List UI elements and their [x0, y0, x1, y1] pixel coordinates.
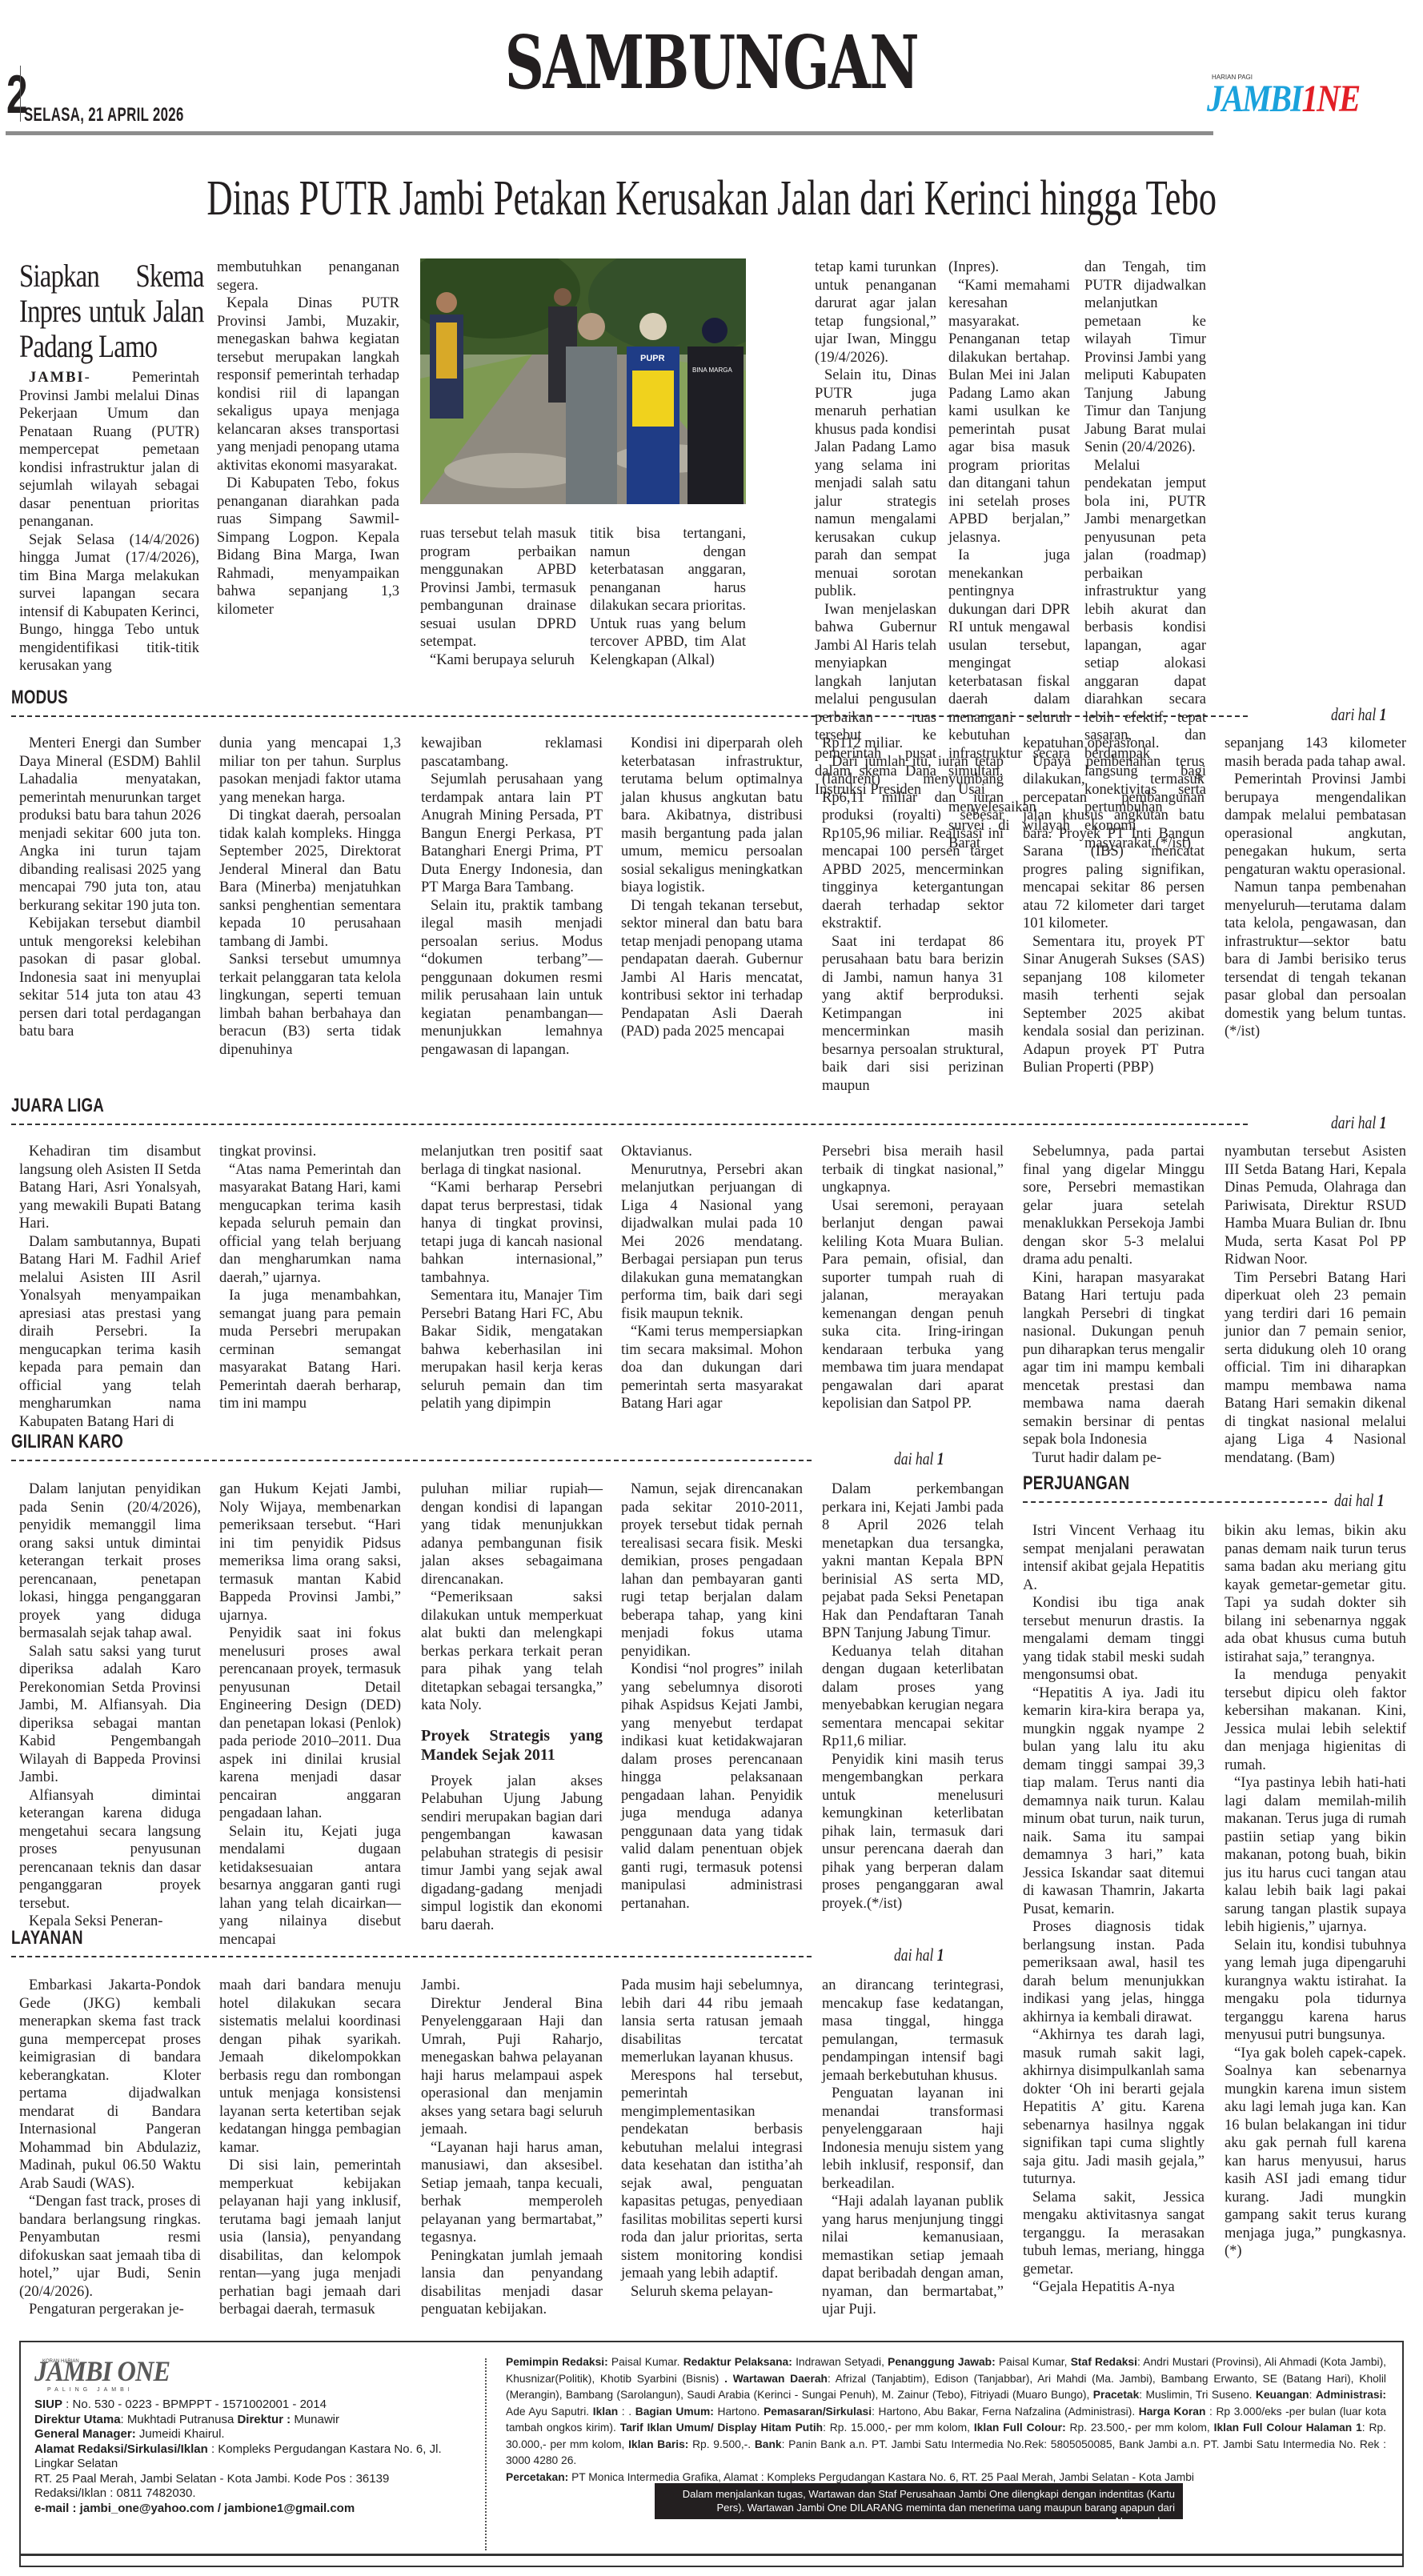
- layanan-col-5: an dirancang terintegrasi, mencakup fase…: [822, 1977, 1004, 2319]
- modus-col-1: Menteri Energi dan Sumber Daya Mineral (…: [19, 735, 201, 1041]
- layanan-col-3: Jambi.Direktur Jenderal Bina Penyelengga…: [421, 1977, 603, 2319]
- section-title-layanan: LAYANAN: [11, 1927, 83, 1949]
- karo-col-2: gan Hukum Kejati Jambi, Noly Wijaya, mem…: [219, 1480, 401, 1949]
- karo-col-3: puluhan miliar rupiah—dengan kondisi di …: [421, 1480, 603, 1934]
- lead-col-5: tetap kami turunkan untuk penanganan dar…: [815, 258, 936, 799]
- page-header: 2 SELASA, 21 APRIL 2026 SAMBUNGAN HARIAN…: [0, 0, 1423, 140]
- phone-line: Redaksi/Iklan : 0811 7482030.: [34, 2486, 451, 2502]
- layanan-col-4: Pada musim haji sebelumnya, lebih dari 4…: [621, 1977, 803, 2301]
- perjuangan-col-1: Istri Vincent Verhaag itu sempat menjala…: [1023, 1522, 1205, 2297]
- section-divider: [11, 1124, 1248, 1125]
- footer-logo: KORAN HARIAN JAMBI ONE PALING JAMBI: [34, 2354, 451, 2393]
- continued-from-label: dari hal 1: [1331, 1112, 1386, 1133]
- lead-col-3: ruas tersebut telah masuk program perbai…: [420, 525, 576, 669]
- press-notice: Dalam menjalankan tugas, Wartawan dan St…: [655, 2483, 1183, 2519]
- juara-col-4: Oktavianus.Menurutnya, Persebri akan mel…: [621, 1143, 803, 1413]
- section-title-modus: MODUS: [11, 687, 68, 709]
- continued-from-label: dai hal 1: [894, 1448, 944, 1469]
- karo-col-1: Dalam lanjutan penyidikan pada Senin (20…: [19, 1480, 201, 1931]
- subheading: Proyek Strategis yang Mandek Sejak 2011: [421, 1726, 603, 1765]
- layanan-col-2: maah dari bandara menuju hotel dilakukan…: [219, 1977, 401, 2319]
- section-divider: [11, 715, 1248, 717]
- section-divider: [11, 1956, 812, 1957]
- modus-col-3: kewajiban reklamasi pascatambang.Sejumla…: [421, 735, 603, 1059]
- road-survey-photo: PUPR BINA MARGA: [420, 258, 746, 504]
- karo-col-5: Dalam perkembangan perkara ini, Kejati J…: [822, 1480, 1004, 1913]
- gm-line: General Manager: Jumeidi Khairul.: [34, 2427, 451, 2442]
- lead-kicker: Siapkan Skema Inpres untuk Jalan Padang …: [19, 258, 204, 364]
- footer-rule: [19, 2554, 1404, 2556]
- logo-one-icon: 1: [1301, 78, 1317, 120]
- masthead-left: KORAN HARIAN JAMBI ONE PALING JAMBI SIUP…: [34, 2354, 451, 2516]
- modus-col-2: dunia yang mencapai 1,3 miliar ton per t…: [219, 735, 401, 1059]
- modus-col-5: Rp112 miliar.Dari jumlah itu, iuran teta…: [822, 735, 1004, 1095]
- lead-photo: PUPR BINA MARGA: [420, 258, 746, 504]
- layanan-col-1: Embarkasi Jakarta-Pondok Gede (JKG) kemb…: [19, 1977, 201, 2319]
- continued-from-label: dai hal 1: [894, 1945, 944, 1965]
- juara-col-2: tingkat provinsi.“Atas nama Pemerintah d…: [219, 1143, 401, 1413]
- lead-col-2: membutuhkan penanganan segera. Kepala Di…: [217, 258, 399, 619]
- address-line: Alamat Redaksi/Sirkulasi/Iklan : Komplek…: [34, 2442, 451, 2472]
- section-title-juara-liga: JUARA LIGA: [11, 1095, 104, 1117]
- section-divider: [11, 1460, 812, 1461]
- section-divider: [1023, 1501, 1327, 1503]
- juara-col-6: Sebelumnya, pada partai final yang digel…: [1023, 1143, 1205, 1467]
- masthead-right: Pemimpin Redaksi: Paisal Kumar. Redaktur…: [506, 2354, 1386, 2486]
- continued-from-label: dari hal 1: [1331, 704, 1386, 725]
- director-line: Direktur Utama: Mukhtadi Putranusa Direk…: [34, 2413, 451, 2428]
- juara-col-5: Persebri bisa meraih hasil terbaik di ti…: [822, 1143, 1004, 1413]
- lead-col-1: Siapkan Skema Inpres untuk Jalan Padang …: [19, 258, 199, 675]
- section-title-giliran-karo: GILIRAN KARO: [11, 1431, 123, 1453]
- juara-col-1: Kehadiran tim disambut langsung oleh Asi…: [19, 1143, 201, 1431]
- karo-col-4: Namun, sejak direncanakan pada sekitar 2…: [621, 1480, 803, 1913]
- address-line-2: RT. 25 Paal Merah, Jambi Selatan - Kota …: [34, 2472, 451, 2487]
- dateline: JAMBI: [29, 370, 85, 386]
- email-line: e-mail : jambi_one@yahoo.com / jambione1…: [34, 2502, 451, 2517]
- juara-col-7: nyambutan tersebut Asisten III Setda Bat…: [1225, 1143, 1406, 1467]
- section-title-perjuangan: PERJUANGAN: [1023, 1472, 1129, 1495]
- logo-wordmark: JAMBI1NE: [1207, 78, 1359, 120]
- header-rule: [6, 131, 1213, 135]
- juara-col-3: melanjutkan tren positif saat berlaga di…: [421, 1143, 603, 1413]
- svg-text:BINA MARGA: BINA MARGA: [692, 367, 732, 374]
- modus-col-6: kepatuhan operasional.Upaya pembenahan t…: [1023, 735, 1205, 1077]
- lead-col-4: titik bisa tertangani, namun dengan kete…: [590, 525, 746, 669]
- siup-line: SIUP : No. 530 - 0223 - BPMPPT - 1571002…: [34, 2398, 451, 2413]
- modus-col-4: Kondisi ini diperparah oleh keterbatasan…: [621, 735, 803, 1041]
- lead-headline: Dinas PUTR Jambi Petakan Kerusakan Jalan…: [0, 168, 1423, 229]
- continued-from-label: dai hal 1: [1334, 1490, 1385, 1511]
- svg-text:PUPR: PUPR: [640, 354, 665, 363]
- masthead-dotted-divider: [485, 2358, 487, 2550]
- issue-date: SELASA, 21 APRIL 2026: [24, 104, 184, 126]
- modus-col-7: sepanjang 143 kilometer masih berada pad…: [1225, 735, 1406, 1041]
- perjuangan-col-2: bikin aku lemas, bikin aku panas demam n…: [1225, 1522, 1406, 2261]
- jambi-one-logo: HARIAN PAGI JAMBI1NE: [1207, 74, 1419, 122]
